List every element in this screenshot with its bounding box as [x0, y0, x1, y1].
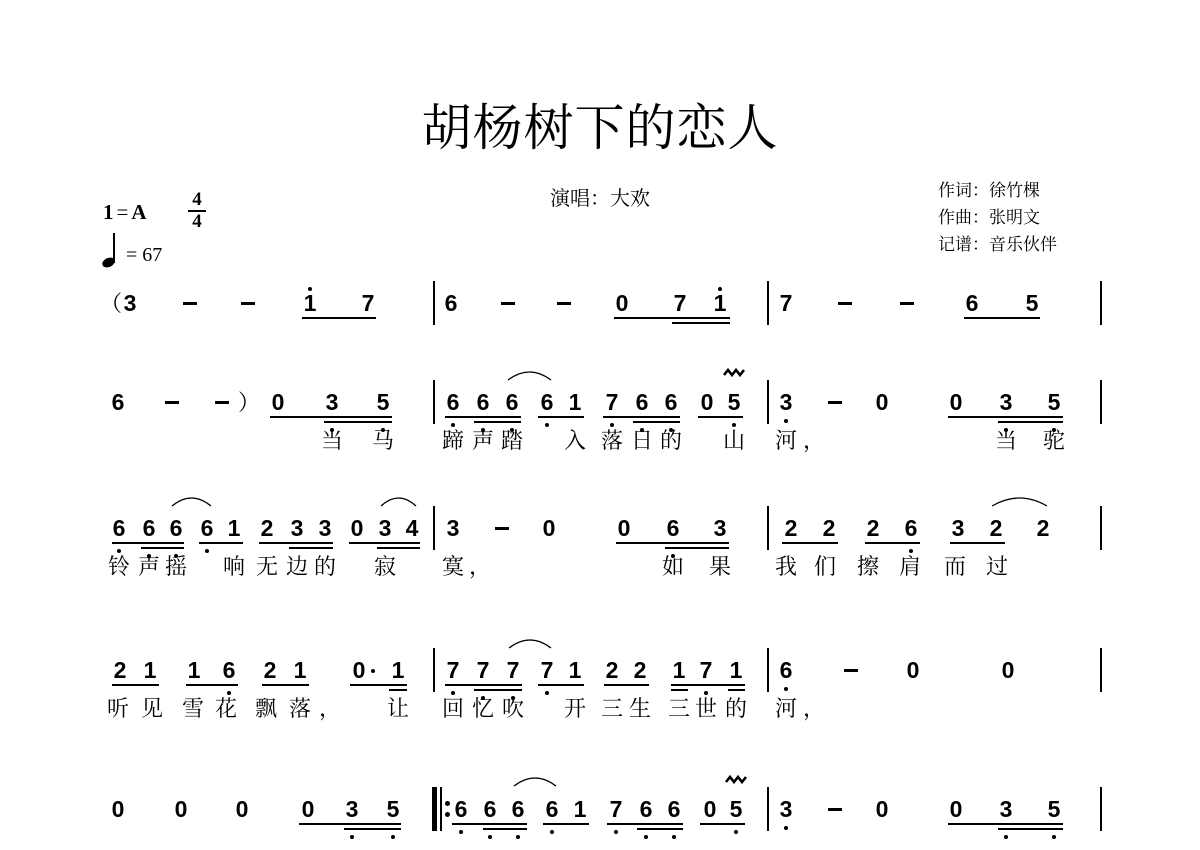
beam-underline [259, 542, 333, 544]
barline [433, 648, 435, 692]
beam-underline [948, 416, 1063, 418]
note: 2 [819, 515, 839, 541]
note: 6 [962, 290, 982, 316]
note: 2 [781, 515, 801, 541]
sustain-dash [828, 808, 842, 811]
sustain-dash [501, 302, 515, 305]
note: 6 [632, 389, 652, 415]
note: 6 [473, 389, 493, 415]
lyric-char: 擦 [855, 555, 881, 581]
repeat-start-thin-bar [440, 787, 442, 831]
note: 6 [139, 515, 159, 541]
low-octave-dot [391, 835, 395, 839]
beam-underline [452, 823, 527, 825]
note: 3 [948, 515, 968, 541]
transcriber-credit: 记谱：音乐伙伴 [938, 232, 1057, 259]
lyric-char: ， [317, 697, 343, 723]
sustain-dash [495, 527, 509, 530]
beam-underline [998, 421, 1063, 423]
low-octave-dot [672, 835, 676, 839]
note: 0 [612, 290, 632, 316]
beam-underline [186, 684, 238, 686]
note: 1 [570, 796, 590, 822]
note: 3 [322, 389, 342, 415]
note: 5 [1044, 796, 1064, 822]
lyric-char: 当 [319, 429, 345, 455]
note: 2 [986, 515, 1006, 541]
lyric-char: 肩 [897, 555, 923, 581]
note: 1 [565, 389, 585, 415]
slur-arc [508, 636, 552, 650]
beam-underline [607, 823, 683, 825]
low-octave-dot [550, 830, 554, 834]
beam-underline [270, 416, 392, 418]
low-octave-dot [610, 423, 614, 427]
lyric-char: 吹 [500, 697, 526, 723]
low-octave-dot [451, 691, 455, 695]
sustain-dash [241, 302, 255, 305]
slur-arc [507, 368, 552, 382]
lyric-char: 铃 [106, 555, 132, 581]
slur-arc [991, 494, 1048, 508]
barline [1100, 787, 1102, 831]
close-parenthesis: ） [238, 386, 260, 417]
note: 0 [108, 796, 128, 822]
low-octave-dot [909, 549, 913, 553]
beam-underline [112, 684, 159, 686]
sustain-dash [844, 669, 858, 672]
beam-underline [614, 317, 730, 319]
lyric-char: 河 [773, 697, 799, 723]
open-parenthesis: （ [100, 287, 122, 318]
beam-underline [538, 684, 584, 686]
note: 4 [402, 515, 422, 541]
beam-underline [603, 416, 680, 418]
note: 1 [710, 290, 730, 316]
note: 1 [140, 657, 160, 683]
note: 1 [565, 657, 585, 683]
beam-underline [782, 542, 838, 544]
beam-underline [538, 416, 584, 418]
beam-underline [344, 828, 401, 830]
beam-underline [950, 542, 1005, 544]
lyric-char: 们 [812, 555, 838, 581]
barline [433, 380, 435, 424]
slur-arc [513, 774, 557, 788]
beam-underline [377, 547, 420, 549]
beam-underline [543, 823, 589, 825]
note: 3 [443, 515, 463, 541]
lyric-char: 落 [287, 697, 313, 723]
beam-underline [199, 542, 243, 544]
lyric-char: 踏 [499, 429, 525, 455]
lyric-char: 果 [707, 555, 733, 581]
lyric-char: 听 [105, 697, 131, 723]
beam-underline [389, 689, 407, 691]
note: 3 [710, 515, 730, 541]
note: 0 [349, 657, 369, 683]
repeat-start-thick-bar [432, 787, 437, 831]
note: 6 [776, 657, 796, 683]
note: 6 [109, 515, 129, 541]
lyric-char: 见 [139, 697, 165, 723]
low-octave-dot [614, 830, 618, 834]
note: 5 [373, 389, 393, 415]
note: 0 [539, 515, 559, 541]
sustain-dash [183, 302, 197, 305]
note: 3 [375, 515, 395, 541]
note: 6 [166, 515, 186, 541]
low-octave-dot [704, 691, 708, 695]
low-octave-dot [784, 419, 788, 423]
note: 7 [473, 657, 493, 683]
note: 0 [268, 389, 288, 415]
note: 6 [901, 515, 921, 541]
low-octave-dot [784, 826, 788, 830]
mordent-icon [723, 368, 745, 378]
note: 5 [1044, 389, 1064, 415]
beam-underline [633, 421, 680, 423]
note: 5 [383, 796, 403, 822]
note: 1 [300, 290, 320, 316]
time-signature: 4 4 [186, 190, 208, 232]
song-title: 胡杨树下的恋人 [0, 98, 1200, 158]
tempo-marking: = 67 [102, 233, 162, 267]
low-octave-dot [350, 835, 354, 839]
lyric-char: 三 [599, 697, 625, 723]
beam-underline [671, 684, 745, 686]
note: 6 [542, 796, 562, 822]
lyric-char: 生 [627, 697, 653, 723]
note: 2 [110, 657, 130, 683]
note: 3 [287, 515, 307, 541]
note: 7 [602, 389, 622, 415]
barline [1100, 380, 1102, 424]
lyric-char: 落 [599, 429, 625, 455]
beam-underline [948, 823, 1063, 825]
note: 0 [872, 389, 892, 415]
barline [1100, 648, 1102, 692]
lyric-char: 驼 [1041, 429, 1067, 455]
note: 3 [315, 515, 335, 541]
note: 5 [724, 389, 744, 415]
sustain-dash [215, 401, 229, 404]
lyric-char: 声 [470, 429, 496, 455]
beam-underline [299, 823, 401, 825]
lyric-char: 飘 [253, 697, 279, 723]
note: 0 [171, 796, 191, 822]
lyric-char: 雪 [180, 697, 206, 723]
note: 0 [946, 389, 966, 415]
beam-underline [728, 689, 745, 691]
note: 0 [614, 515, 634, 541]
beam-underline [671, 689, 688, 691]
beam-underline [665, 547, 729, 549]
note: 3 [120, 290, 140, 316]
lyric-char: 入 [562, 429, 588, 455]
sustain-dash [557, 302, 571, 305]
low-octave-dot [205, 549, 209, 553]
note: 3 [996, 389, 1016, 415]
note: 1 [290, 657, 310, 683]
lyric-char: 的 [312, 555, 338, 581]
low-octave-dot [488, 835, 492, 839]
lyric-char: ， [467, 555, 493, 581]
beam-underline [998, 828, 1063, 830]
slur-arc [380, 494, 417, 508]
note: 6 [451, 796, 471, 822]
low-octave-dot [734, 830, 738, 834]
slur-arc [171, 494, 212, 508]
beam-underline [474, 421, 521, 423]
low-octave-dot [227, 691, 231, 695]
lyric-char: ， [801, 429, 827, 455]
barline [767, 380, 769, 424]
beam-underline [865, 542, 920, 544]
note: 6 [480, 796, 500, 822]
barline [767, 648, 769, 692]
lyric-char: 世 [693, 697, 719, 723]
lyric-char: 的 [723, 697, 749, 723]
lyric-char: 的 [658, 429, 684, 455]
low-octave-dot [451, 423, 455, 427]
barline [433, 281, 435, 325]
barline [767, 281, 769, 325]
barline [767, 787, 769, 831]
barline [1100, 281, 1102, 325]
lyric-char: 回 [440, 697, 466, 723]
lyricist-credit: 作词：徐竹棵 [938, 178, 1057, 205]
lyric-char: 声 [136, 555, 162, 581]
note: 6 [443, 389, 463, 415]
note: 2 [1033, 515, 1053, 541]
beam-underline [141, 547, 184, 549]
lyric-char: 蹄 [440, 429, 466, 455]
beam-underline [324, 421, 392, 423]
lyric-char: 而 [942, 555, 968, 581]
low-octave-dot [117, 549, 121, 553]
note: 7 [537, 657, 557, 683]
lyric-char: ， [801, 697, 827, 723]
note: 2 [260, 657, 280, 683]
note: 6 [219, 657, 239, 683]
note: 3 [342, 796, 362, 822]
lyric-char: 三 [666, 697, 692, 723]
beam-underline [445, 416, 521, 418]
beam-underline [483, 828, 527, 830]
beam-underline [637, 828, 683, 830]
beam-underline [350, 684, 407, 686]
key-signature: 1=A [103, 200, 147, 225]
note: 0 [903, 657, 923, 683]
repeat-dot [445, 801, 450, 806]
beam-underline [302, 317, 376, 319]
beam-underline [445, 684, 522, 686]
note: 7 [358, 290, 378, 316]
note: 3 [776, 389, 796, 415]
low-octave-dot [459, 830, 463, 834]
note: 1 [224, 515, 244, 541]
lyric-char: 马 [370, 429, 396, 455]
sustain-dash [900, 302, 914, 305]
beam-underline [112, 542, 184, 544]
lyric-char: 响 [221, 555, 247, 581]
lyric-char: 寂 [372, 555, 398, 581]
lyric-char: 忆 [470, 697, 496, 723]
note: 6 [661, 389, 681, 415]
note: 1 [388, 657, 408, 683]
note: 7 [696, 657, 716, 683]
note: 7 [606, 796, 626, 822]
lyric-char: 无 [254, 555, 280, 581]
lyric-char: 寞 [440, 555, 466, 581]
note: 1 [184, 657, 204, 683]
lyric-char: 边 [284, 555, 310, 581]
composer-credit: 作曲：张明文 [938, 205, 1057, 232]
low-octave-dot [516, 835, 520, 839]
beam-underline [700, 823, 745, 825]
sustain-dash [838, 302, 852, 305]
beam-underline [698, 416, 743, 418]
barline [433, 506, 435, 550]
note: 0 [872, 796, 892, 822]
beam-underline [604, 684, 649, 686]
note: 6 [197, 515, 217, 541]
low-octave-dot [1004, 835, 1008, 839]
note: 5 [726, 796, 746, 822]
credits-block: 作词：徐竹棵 作曲：张明文 记谱：音乐伙伴 [938, 178, 1057, 259]
lyric-char: 如 [660, 555, 686, 581]
note: 1 [669, 657, 689, 683]
low-octave-dot [784, 687, 788, 691]
beam-underline [672, 322, 730, 324]
note: 0 [232, 796, 252, 822]
lyric-char: 花 [213, 697, 239, 723]
note: 2 [630, 657, 650, 683]
beam-underline [262, 684, 309, 686]
note: 2 [602, 657, 622, 683]
quarter-note-icon [102, 233, 120, 267]
note: 6 [636, 796, 656, 822]
beam-underline [616, 542, 729, 544]
note: 6 [508, 796, 528, 822]
beam-underline [289, 547, 333, 549]
lyric-char: 山 [721, 429, 747, 455]
augmentation-dot [371, 669, 375, 673]
note: 0 [347, 515, 367, 541]
note: 3 [776, 796, 796, 822]
note: 6 [663, 515, 683, 541]
low-octave-dot [1052, 835, 1056, 839]
note: 0 [998, 657, 1018, 683]
note: 7 [776, 290, 796, 316]
note: 6 [502, 389, 522, 415]
note: 6 [441, 290, 461, 316]
lyric-char: 开 [562, 697, 588, 723]
note: 0 [298, 796, 318, 822]
low-octave-dot [644, 835, 648, 839]
note: 6 [537, 389, 557, 415]
note: 7 [443, 657, 463, 683]
mordent-icon [725, 775, 747, 785]
note: 0 [946, 796, 966, 822]
repeat-dot [445, 812, 450, 817]
barline [767, 506, 769, 550]
low-octave-dot [545, 691, 549, 695]
sustain-dash [165, 401, 179, 404]
note: 2 [257, 515, 277, 541]
lyric-char: 日 [629, 429, 655, 455]
sustain-dash [828, 401, 842, 404]
barline [1100, 506, 1102, 550]
lyric-char: 我 [773, 555, 799, 581]
lyric-char: 让 [385, 697, 411, 723]
note: 6 [664, 796, 684, 822]
low-octave-dot [732, 423, 736, 427]
note: 6 [108, 389, 128, 415]
beam-underline [349, 542, 420, 544]
beam-underline [474, 689, 522, 691]
note: 5 [1022, 290, 1042, 316]
lyric-char: 当 [993, 429, 1019, 455]
note: 3 [996, 796, 1016, 822]
note: 0 [700, 796, 720, 822]
lyric-char: 过 [984, 555, 1010, 581]
note: 7 [503, 657, 523, 683]
beam-underline [964, 317, 1040, 319]
note: 7 [670, 290, 690, 316]
lyric-char: 河 [773, 429, 799, 455]
note: 2 [863, 515, 883, 541]
note: 1 [726, 657, 746, 683]
high-octave-dot [718, 287, 722, 291]
note: 0 [697, 389, 717, 415]
high-octave-dot [308, 287, 312, 291]
lyric-char: 摇 [163, 555, 189, 581]
low-octave-dot [545, 423, 549, 427]
